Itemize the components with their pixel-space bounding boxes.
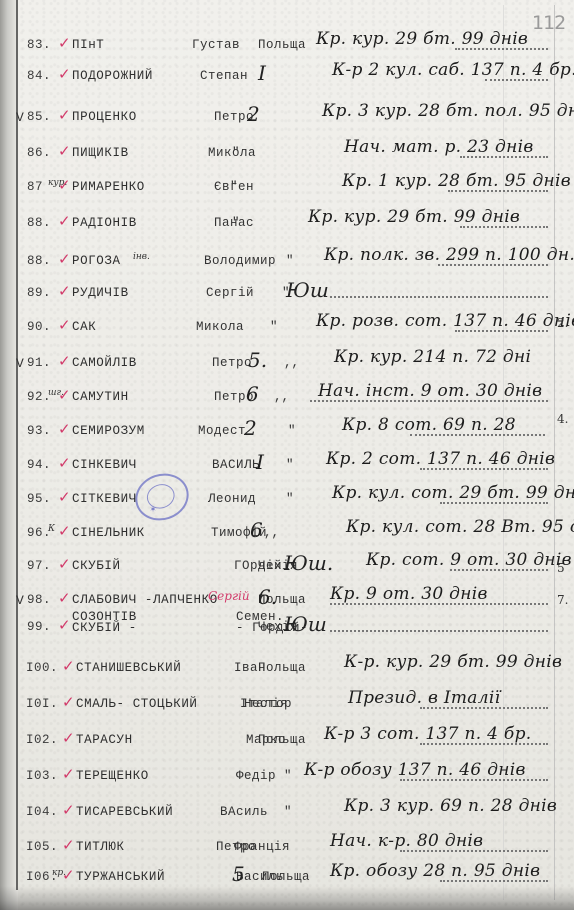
country: Польща xyxy=(258,733,306,747)
surname: ТЕРЕЩЕНКО xyxy=(76,769,149,783)
list-item: I04.✓ТИСАРЕВСЬКИЙВАсиль"Кр. 3 кур. 69 п.… xyxy=(0,805,574,835)
check-mark-icon: ✓ xyxy=(58,420,71,438)
handwritten-note: Кр. обозу 28 п. 95 днів xyxy=(330,861,540,881)
surname-original: СКУБІЙ - xyxy=(72,621,137,635)
surname: РИМАРЕНКО xyxy=(72,180,145,194)
surname: СІНКЕВИЧ xyxy=(72,458,137,472)
ditto-mark: ,, xyxy=(264,526,279,540)
ditto-mark: " xyxy=(284,769,292,783)
first-name: Густав xyxy=(192,38,240,52)
handwritten-note: Нач. к-р. 80 днів xyxy=(330,831,483,851)
handwritten-note: Кр. сот. 9 от. 30 днів xyxy=(366,550,572,570)
check-mark-icon: ✓ xyxy=(62,693,75,711)
handwritten-note: Кр. кур. 29 бт. 99 днів xyxy=(308,207,520,227)
handwritten-mark: Юш. xyxy=(284,551,333,575)
surname: ПІнТ xyxy=(72,38,104,52)
page-number: 112 xyxy=(532,12,565,34)
surname: РОГОЗА xyxy=(72,254,121,268)
ditto-mark: ,, xyxy=(284,356,299,370)
list-item: I00.✓СТАНИШЕВСЬКИЙІванПольщаК-р. кур. 29… xyxy=(0,661,574,691)
first-name: Федір xyxy=(236,769,276,783)
left-margin-mark: V xyxy=(16,110,24,125)
surname: СЕМИРОЗУМ xyxy=(72,424,145,438)
check-mark-icon: ✓ xyxy=(58,65,71,83)
first-name: ВАСИЛЬ xyxy=(212,458,260,472)
surname: ТАРАСУН xyxy=(76,733,133,747)
surname: СЛАБОВИЧ -ЛАПЧЕНКО xyxy=(72,593,218,607)
list-item: 87кур.✓РИМАРЕНКОЄвген"Кр. 1 кур. 28 бт. … xyxy=(0,180,574,210)
check-mark-icon: ✓ xyxy=(58,316,71,334)
entry-number: 99. xyxy=(27,620,51,634)
first-name: Модест xyxy=(198,424,246,438)
ditto-mark: " xyxy=(288,424,296,438)
surname: ТУРЖАНСЬКИЙ xyxy=(76,870,165,884)
entry-number: I05. xyxy=(26,840,58,854)
edge-mark: 5 xyxy=(557,561,565,575)
check-mark-icon: ✓ xyxy=(58,616,71,634)
surname: ПИЩИКІВ xyxy=(72,146,129,160)
check-mark-icon: ✓ xyxy=(58,352,71,370)
first-name: Сергій xyxy=(206,286,254,300)
handwritten-mark: 6 xyxy=(250,518,263,542)
list-item: 99.✓СОЗОНТІВСКУБІЙ -Семен.- Гордій-Чехія… xyxy=(0,620,574,650)
handwritten-mark: 6 xyxy=(246,382,259,406)
ditto-mark: " xyxy=(286,458,294,472)
entry-number: 83. xyxy=(27,38,51,52)
entry-number: 93. xyxy=(27,424,51,438)
handwritten-mark: Юш xyxy=(286,278,329,302)
check-mark-icon: ✓ xyxy=(58,386,71,404)
check-mark-icon: ✓ xyxy=(58,454,71,472)
scan-bottom-edge xyxy=(0,886,574,910)
list-item: I0I.✓СМАЛЬ- СТОЦЬКИЙНесторІталіяПрезид. … xyxy=(0,697,574,727)
handwritten-note: Нач. мат. р. 23 днів xyxy=(344,137,534,157)
ditto-mark: " xyxy=(286,254,294,268)
surname: САК xyxy=(72,320,96,334)
handwritten-note: Кр. 8 сот. 69 п. 28 xyxy=(342,415,516,435)
handwritten-note: Кр. 3 кур. 28 бт. пол. 95 дн. xyxy=(322,101,574,121)
edge-mark: 2. xyxy=(557,316,568,330)
first-name: Микола xyxy=(196,320,244,334)
surname: РУДИЧІВ xyxy=(72,286,129,300)
stamp-star-icon: ✶ xyxy=(150,504,156,516)
check-mark-icon: ✓ xyxy=(62,866,75,884)
entry-number: 88. xyxy=(27,216,51,230)
entry-number: I00. xyxy=(26,661,58,675)
first-name: ВАсиль xyxy=(220,805,268,819)
handwritten-mark: 5 xyxy=(232,862,245,886)
list-item: 84.✓ПОДОРОЖНИЙСтепанIК-р 2 кул. саб. 137… xyxy=(0,69,574,99)
entry-number: 98. xyxy=(27,593,51,607)
edge-mark: 7. xyxy=(557,593,568,607)
handwritten-note: К-р обозу 137 п. 46 днів xyxy=(304,760,526,780)
handwritten-note: К-р 3 сот. 137 п. 4 бр. xyxy=(324,724,531,744)
country: Польща xyxy=(258,661,306,675)
ditto-mark: " xyxy=(286,492,294,506)
surname: ТИСАРЕВСЬКИЙ xyxy=(76,805,173,819)
ditto-mark: " xyxy=(270,320,278,334)
country: Польща xyxy=(262,870,310,884)
check-mark-icon: ✓ xyxy=(62,765,75,783)
entry-annotation: К xyxy=(48,524,55,534)
check-mark-icon: ✓ xyxy=(58,212,71,230)
surname: СМАЛЬ- СТОЦЬКИЙ xyxy=(76,697,198,711)
dotted-leader xyxy=(330,294,548,298)
handwritten-mark: 5. xyxy=(248,348,267,372)
list-item: I03.✓ТЕРЕЩЕНКОФедір"К-р обозу 137 п. 46 … xyxy=(0,769,574,799)
handwritten-note: Кр. 3 кур. 69 п. 28 днів xyxy=(344,796,557,816)
surname: САМОЙЛІВ xyxy=(72,356,137,370)
entry-number: 95. xyxy=(27,492,51,506)
surname: СКУБІЙ xyxy=(72,559,121,573)
ditto-mark: ,, xyxy=(274,390,289,404)
handwritten-note: Нач. інст. 9 от. 30 днів xyxy=(318,381,542,401)
entry-number: 87 xyxy=(27,180,43,194)
document-page: 112 83.✓ПІнТГуставПольщаКр. кур. 29 бт. … xyxy=(0,0,574,910)
handwritten-note: К-р. кур. 29 бт. 99 днів xyxy=(344,652,562,672)
first-name: Петро xyxy=(212,356,252,370)
check-mark-icon: ✓ xyxy=(58,282,71,300)
check-mark-icon: ✓ xyxy=(58,250,71,268)
left-margin-mark: V xyxy=(16,356,24,371)
handwritten-first-name: Сергій xyxy=(208,589,250,603)
surname: РАДІОНІВ xyxy=(72,216,137,230)
handwritten-note: Кр. кул. сот. 29 бт. 99 днів xyxy=(332,483,574,503)
first-name: Степан xyxy=(200,69,248,83)
country: Польща xyxy=(258,38,306,52)
check-mark-icon: ✓ xyxy=(58,106,71,124)
check-mark-icon: ✓ xyxy=(58,522,71,540)
list-item: V85.✓ПРОЦЕНКОПетро2Кр. 3 кур. 28 бт. пол… xyxy=(0,110,574,140)
handwritten-note: Кр. 9 от. 30 днів xyxy=(330,584,488,604)
handwritten-note: Кр. 2 сот. 137 п. 46 днів xyxy=(326,449,555,469)
surname: СОЗОНТІВСКУБІЙ - xyxy=(72,612,137,634)
list-item: 90.✓САКМикола"Кр. розв. сот. 137 п. 46 д… xyxy=(0,320,574,350)
check-mark-icon: ✓ xyxy=(58,142,71,160)
entry-number: I03. xyxy=(26,769,58,783)
handwritten-mark: I xyxy=(258,61,266,85)
dotted-leader xyxy=(330,628,548,632)
entry-number: 88. xyxy=(27,254,51,268)
handwritten-note: Кр. полк. зв. 299 п. 100 дн. xyxy=(324,245,574,265)
surname-annotation: інв. xyxy=(133,252,150,262)
handwritten-mark: 6. xyxy=(258,585,277,609)
entry-number: I0I. xyxy=(26,697,58,711)
edge-mark: 4. xyxy=(557,412,568,426)
entry-number: 91. xyxy=(27,356,51,370)
check-mark-icon: ✓ xyxy=(58,176,71,194)
check-mark-icon: ✓ xyxy=(62,657,75,675)
handwritten-note: Кр. кур. 214 п. 72 дні xyxy=(334,347,531,367)
handwritten-note: Кр. кур. 29 бт. 99 днів xyxy=(316,29,528,49)
check-mark-icon: ✓ xyxy=(58,555,71,573)
surname: СТАНИШЕВСЬКИЙ xyxy=(76,661,181,675)
ditto-mark: " xyxy=(230,180,238,194)
check-mark-icon: ✓ xyxy=(62,836,75,854)
check-mark-icon: ✓ xyxy=(62,729,75,747)
handwritten-mark: Юш xyxy=(284,612,327,636)
list-item: I02.✓ТАРАСУНМаркоПольщаК-р 3 сот. 137 п.… xyxy=(0,733,574,763)
check-mark-icon: ✓ xyxy=(62,801,75,819)
handwritten-mark: 2 xyxy=(247,102,260,126)
check-mark-icon: ✓ xyxy=(58,589,71,607)
handwritten-note: Кр. розв. сот. 137 п. 46 днів xyxy=(316,311,574,331)
entry-number: 94. xyxy=(27,458,51,472)
handwritten-note: К-р 2 кул. саб. 137 п. 4 бр. xyxy=(332,60,574,80)
entry-number: 90. xyxy=(27,320,51,334)
handwritten-note: Кр. 1 кур. 28 бт. 95 днів xyxy=(342,171,571,191)
country: Франція xyxy=(234,840,290,854)
surname: СІТКЕВИЧ xyxy=(72,492,137,506)
check-mark-icon: ✓ xyxy=(58,34,71,52)
check-mark-icon: ✓ xyxy=(58,488,71,506)
ditto-mark: " xyxy=(232,146,240,160)
handwritten-mark: I xyxy=(256,450,264,474)
first-name: Володимир xyxy=(204,254,276,268)
handwritten-mark: 2 xyxy=(244,416,257,440)
entry-number: 89. xyxy=(27,286,51,300)
entry-number: 86. xyxy=(27,146,51,160)
entry-number: 85. xyxy=(27,110,51,124)
first-name: Леонид xyxy=(208,492,256,506)
handwritten-note: Кр. кул. сот. 28 Вт. 95 д. xyxy=(346,517,574,537)
handwritten-note: Презид. в Італії xyxy=(348,688,500,708)
left-margin-mark: V xyxy=(16,593,24,608)
surname: ПОДОРОЖНИЙ xyxy=(72,69,153,83)
ditto-mark: " xyxy=(232,216,240,230)
entry-number: 97. xyxy=(27,559,51,573)
surname: САМУТИН xyxy=(72,390,129,404)
entry-number: I04. xyxy=(26,805,58,819)
ditto-mark: " xyxy=(284,805,292,819)
entry-number: I02. xyxy=(26,733,58,747)
entry-number: 84. xyxy=(27,69,51,83)
list-item: 88.✓РАДІОНІВПанас"Кр. кур. 29 бт. 99 дні… xyxy=(0,216,574,246)
country: Італія xyxy=(240,697,288,711)
surname: ТИТЛЮК xyxy=(76,840,125,854)
surname: СІНЕЛЬНИК xyxy=(72,526,145,540)
surname: ПРОЦЕНКО xyxy=(72,110,137,124)
